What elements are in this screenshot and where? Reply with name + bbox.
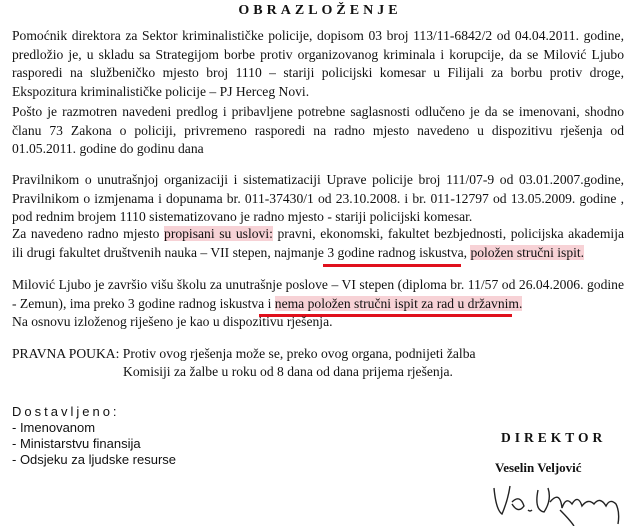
distribution-heading: Dostavljeno: [12,404,176,420]
highlight-requirements: propisani su uslovi: [164,226,273,241]
distribution-item: - Imenovanom [12,420,176,436]
paragraph-requirements: Za navedeno radno mjesto propisani su us… [12,225,624,262]
distribution-item: - Ministarstvu finansija [12,436,176,452]
legal-remedy-line1: Protiv ovog rješenja može se, preko ovog… [119,346,475,361]
handwritten-signature-icon [490,480,640,526]
paragraph-decision: Pošto je razmotren navedeni predlog i pr… [12,103,624,159]
underline-exam-required [323,264,461,267]
paragraph-decision-text: Pošto je razmotren navedeni predlog i pr… [12,104,624,156]
legal-remedy-label: PRAVNA POUKA: [12,346,119,361]
highlight-exam-required: položen stručni ispit. [470,245,584,260]
paragraph-candidate: Milović Ljubo je završio višu školu za u… [12,276,624,313]
signatory-role: DIREKTOR [501,430,606,446]
requirements-intro: Za navedeno radno mjesto [12,226,164,241]
paragraph-proposal: Pomoćnik direktora za Sektor kriminalist… [12,27,624,102]
legal-remedy: PRAVNA POUKA: Protiv ovog rješenja može … [12,345,476,381]
highlight-no-exam: nema položen stručni ispit za rad u drža… [275,296,523,311]
signatory-name: Veselin Veljović [495,460,606,476]
distribution-list: Dostavljeno: - Imenovanom - Ministarstvu… [12,404,176,468]
signature-block: DIREKTOR Veselin Veljović [495,430,606,476]
paragraph-conclusion: Na osnovu izloženog riješeno je kao u di… [12,313,624,332]
document-title: OBRAZLOŽENJE [0,3,640,19]
paragraph-rulebook: Pravilnikom o unutrašnjoj organizaciji i… [12,171,624,227]
legal-remedy-line2: Komisiji za žalbe u roku od 8 dana od da… [12,363,476,381]
distribution-item: - Odsjeku za ljudske resurse [12,452,176,468]
